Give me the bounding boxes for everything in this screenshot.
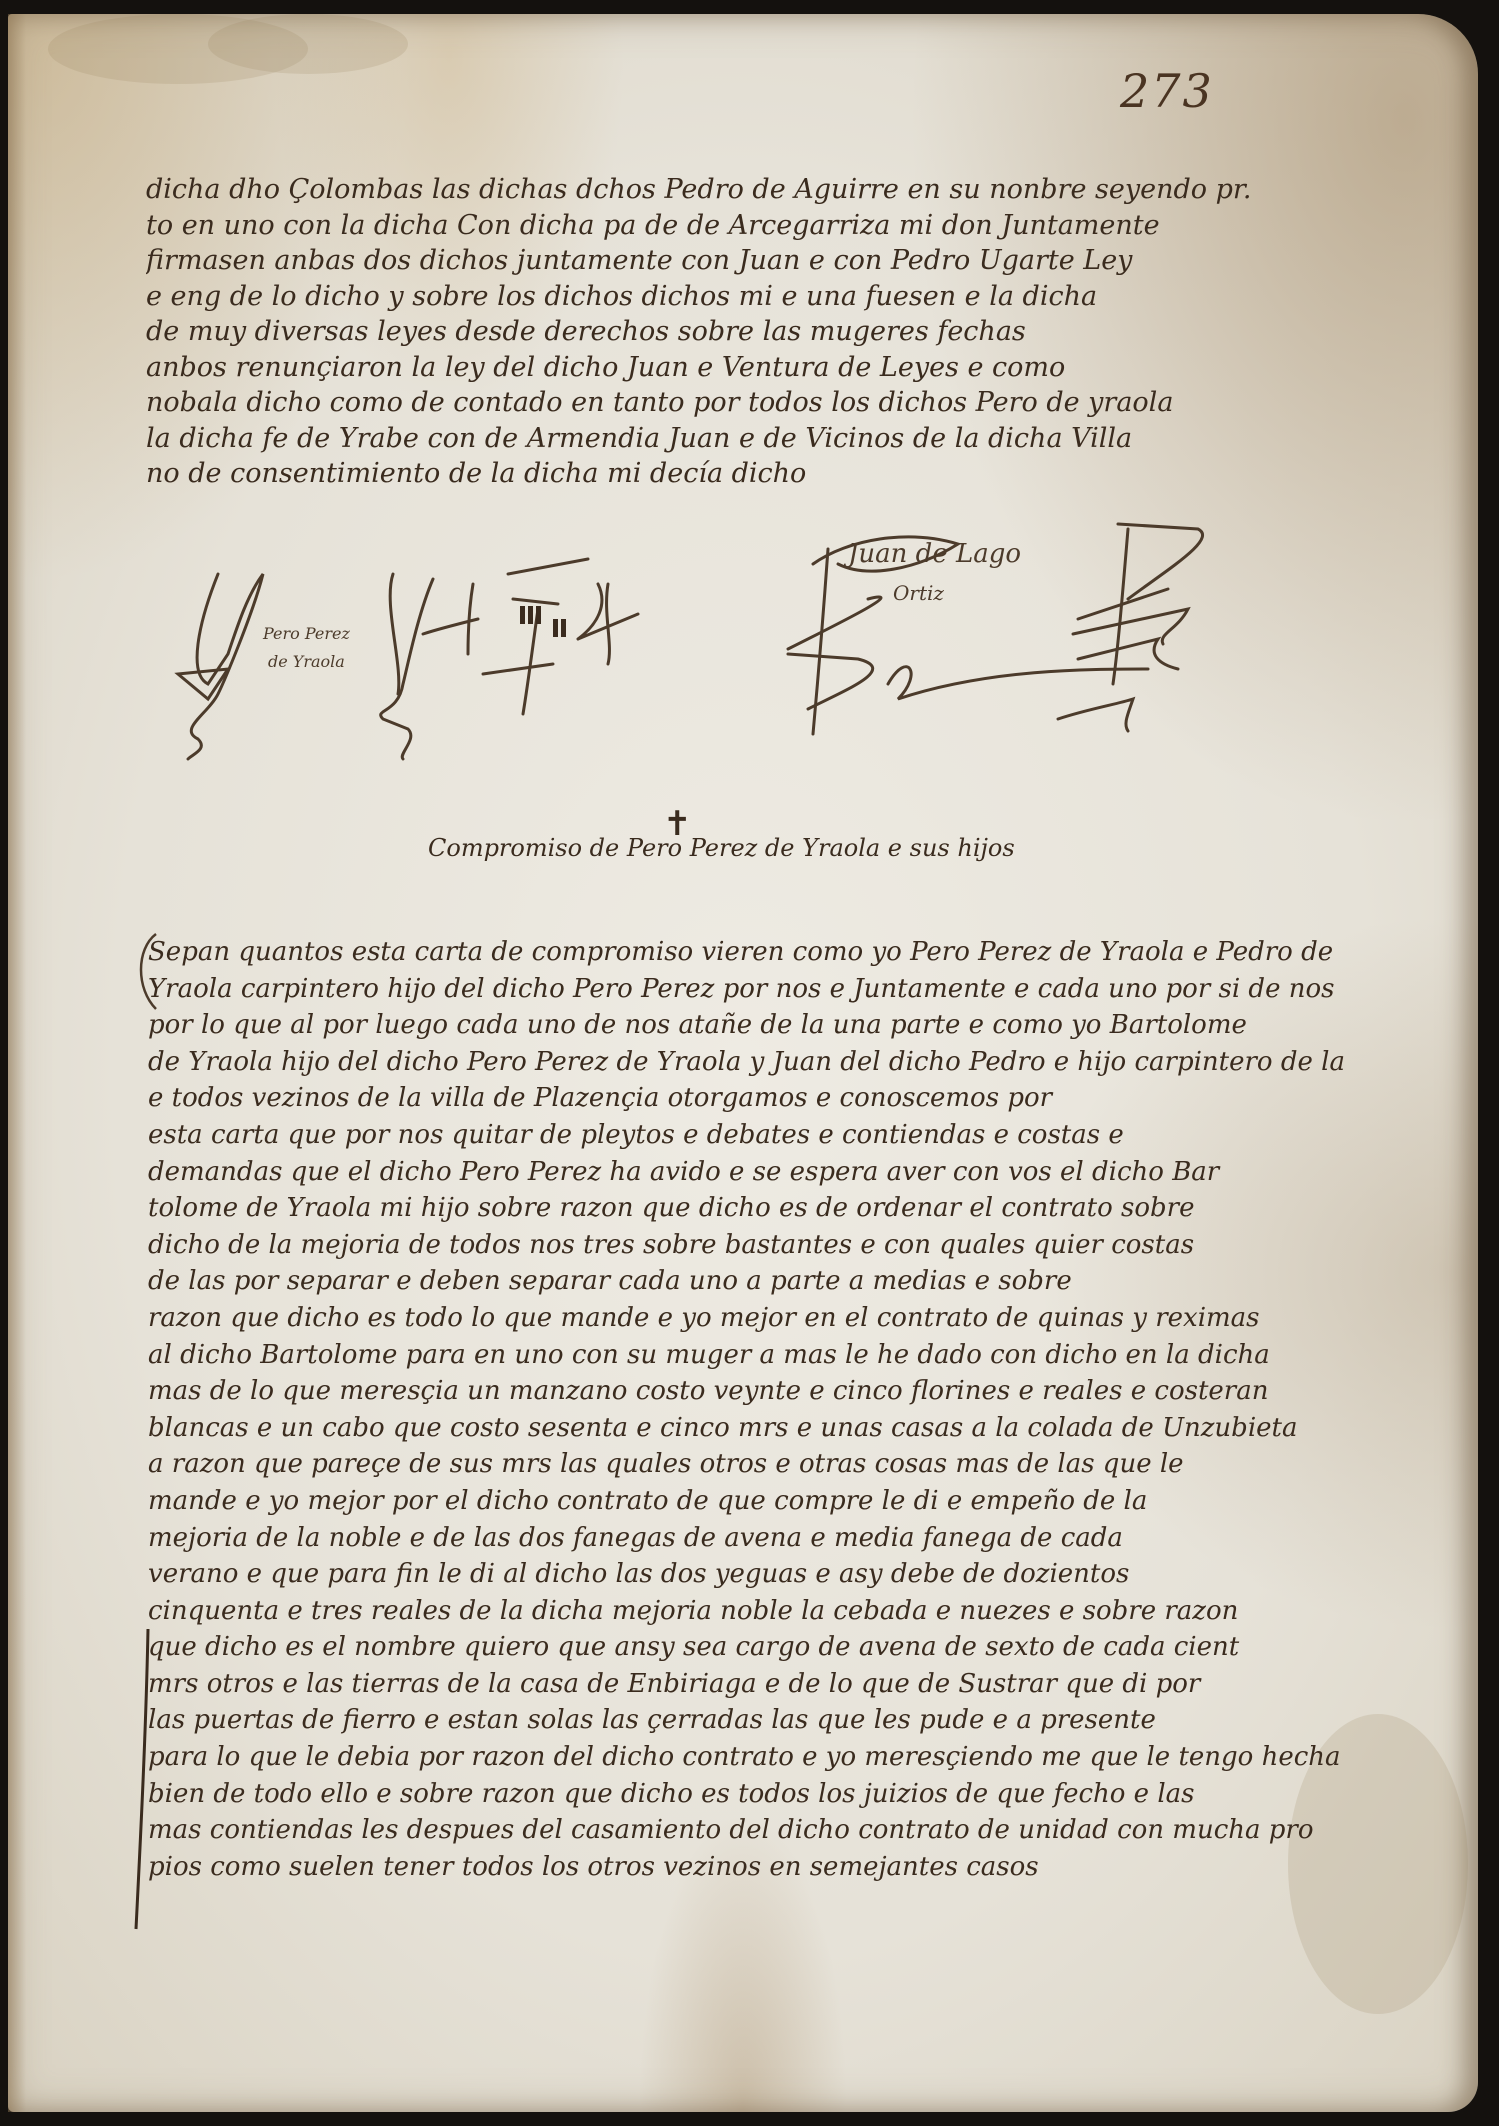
text-line: a razon que pareçe de sus mrs las quales… xyxy=(148,1446,1448,1483)
text-line: bien de todo ello e sobre razon que dich… xyxy=(148,1776,1448,1813)
text-line: las puertas de fierro e estan solas las … xyxy=(148,1702,1448,1739)
text-line: nobala dicho como de contado en tanto po… xyxy=(146,385,1456,421)
manuscript-page: 273 dicha dho Çolombas las dichas dchos … xyxy=(8,14,1478,2112)
text-line: de Yraola hijo del dicho Pero Perez de Y… xyxy=(148,1044,1448,1081)
text-line: que dicho es el nombre quiero que ansy s… xyxy=(148,1629,1448,1666)
text-line: pios como suelen tener todos los otros v… xyxy=(148,1849,1448,1886)
text-line: por lo que al por luego cada uno de nos … xyxy=(148,1007,1448,1044)
signature-flourish-icon xyxy=(168,544,688,764)
text-line: de las por separar e deben separar cada … xyxy=(148,1263,1448,1300)
text-line: tolome de Yraola mi hijo sobre razon que… xyxy=(148,1190,1448,1227)
folio-number: 273 xyxy=(1120,64,1214,118)
water-stain xyxy=(208,14,408,74)
text-line: razon que dicho es todo lo que mande e y… xyxy=(148,1300,1448,1337)
text-line: la dicha fe de Yrabe con de Armendia Jua… xyxy=(146,421,1456,457)
text-line: verano e que para fin le di al dicho las… xyxy=(148,1556,1448,1593)
text-line: mrs otros e las tierras de la casa de En… xyxy=(148,1666,1448,1703)
text-line: esta carta que por nos quitar de pleytos… xyxy=(148,1117,1448,1154)
signature-name: Juan de Lago xyxy=(848,539,1021,569)
text-line: mande e yo mejor por el dicho contrato d… xyxy=(148,1483,1448,1520)
signature-name: Pero Perez xyxy=(263,624,350,643)
text-line: cinquenta e tres reales de la dicha mejo… xyxy=(148,1593,1448,1630)
section-heading: Compromiso de Pero Perez de Yraola e sus… xyxy=(428,834,1028,862)
text-line: dicha dho Çolombas las dichas dchos Pedr… xyxy=(146,172,1456,208)
text-line: blancas e un cabo que costo sesenta e ci… xyxy=(148,1410,1448,1447)
text-line: to en uno con la dicha Con dicha pa de d… xyxy=(146,208,1456,244)
binding-edge xyxy=(8,14,26,2112)
signature-name: de Yraola xyxy=(268,652,345,671)
text-line: demandas que el dicho Pero Perez ha avid… xyxy=(148,1154,1448,1191)
lower-text-block: Sepan quantos esta carta de compromiso v… xyxy=(148,934,1448,1885)
text-line: Sepan quantos esta carta de compromiso v… xyxy=(148,934,1448,971)
text-line: no de consentimiento de la dicha mi decí… xyxy=(146,456,906,492)
text-line: e todos vezinos de la villa de Plazençia… xyxy=(148,1080,1448,1117)
text-line: e eng de lo dicho y sobre los dichos dic… xyxy=(146,279,1456,315)
signature-right: Juan de Lago Ortiz xyxy=(788,509,1228,739)
text-line: mas de lo que meresçia un manzano costo … xyxy=(148,1373,1448,1410)
text-line: dicho de la mejoria de todos nos tres so… xyxy=(148,1227,1448,1264)
signature-name: Ortiz xyxy=(893,581,944,605)
text-line: mas contiendas les despues del casamient… xyxy=(148,1812,1448,1849)
signature-left: Pero Perez de Yraola xyxy=(168,544,688,764)
text-line: anbos renunçiaron la ley del dicho Juan … xyxy=(146,350,1456,386)
text-line: para lo que le debia por razon del dicho… xyxy=(148,1739,1448,1776)
text-line: al dicho Bartolome para en uno con su mu… xyxy=(148,1337,1448,1374)
upper-text-block: dicha dho Çolombas las dichas dchos Pedr… xyxy=(146,172,1456,492)
text-line: Yraola carpintero hijo del dicho Pero Pe… xyxy=(148,971,1448,1008)
text-line: mejoria de la noble e de las dos fanegas… xyxy=(148,1520,1448,1557)
text-line: firmasen anbas dos dichos juntamente con… xyxy=(146,243,1456,279)
text-line: de muy diversas leyes desde derechos sob… xyxy=(146,314,1456,350)
